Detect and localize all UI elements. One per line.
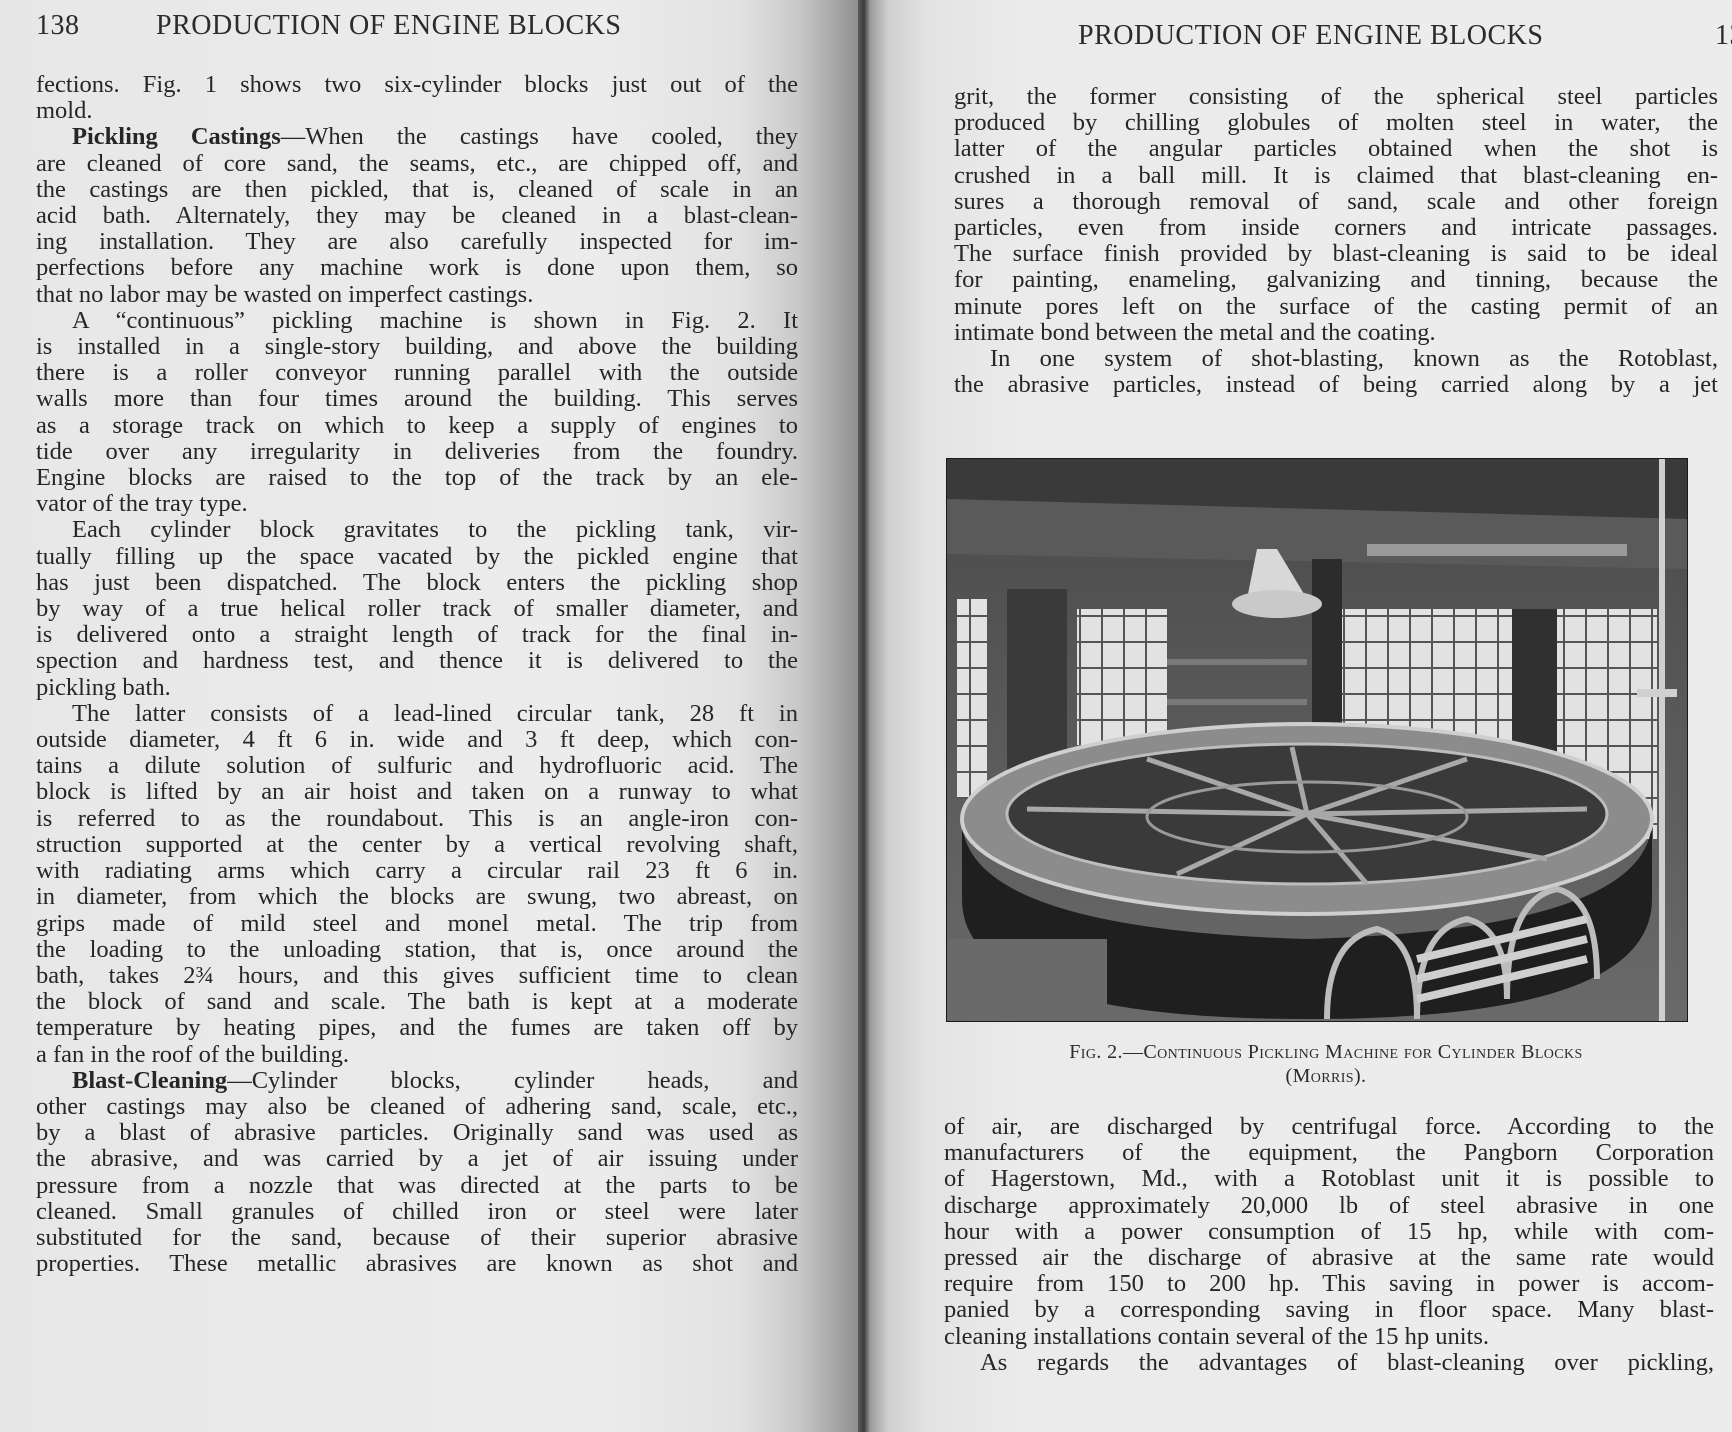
text-line: walls more than four times around the bu… bbox=[36, 386, 798, 412]
text-line: sures a thorough removal of sand, scale … bbox=[954, 189, 1718, 215]
running-head-left: 138 PRODUCTION OF ENGINE BLOCKS bbox=[36, 10, 796, 42]
text-line: perfections before any machine work is d… bbox=[36, 255, 798, 281]
text-line: substituted for the sand, because of the… bbox=[36, 1225, 798, 1251]
figure-caption: Fig. 2.—Continuous Pickling Machine for … bbox=[966, 1040, 1686, 1088]
line-text: that no labor may be wasted on imperfect… bbox=[36, 281, 533, 308]
text-line: the abrasive particles, instead of being… bbox=[954, 372, 1718, 398]
line-text: a fan in the roof of the building. bbox=[36, 1041, 349, 1068]
line-text: pickling bath. bbox=[36, 674, 171, 701]
text-line: vator of the tray type. bbox=[36, 491, 798, 517]
line-text: are cleaned of core sand, the seams, etc… bbox=[36, 150, 798, 177]
text-line: discharge approximately 20,000 lb of ste… bbox=[944, 1193, 1714, 1219]
line-text: grips made of mild steel and monel metal… bbox=[36, 910, 798, 937]
line-text: is delivered onto a straight length of t… bbox=[36, 621, 798, 648]
line-text: properties. These metallic abrasives are… bbox=[36, 1250, 798, 1277]
line-text: Engine blocks are raised to the top of t… bbox=[36, 464, 798, 491]
line-text: by way of a true helical roller track of… bbox=[36, 595, 798, 622]
line-text: intimate bond between the metal and the … bbox=[954, 319, 1436, 346]
body-text: fections. Fig. 1 shows two six-cylinder … bbox=[36, 72, 798, 1277]
body-text-bottom: of air, are discharged by centrifugal fo… bbox=[944, 1114, 1714, 1376]
text-line: intimate bond between the metal and the … bbox=[954, 320, 1718, 346]
text-line: by way of a true helical roller track of… bbox=[36, 596, 798, 622]
line-text: produced by chilling globules of molten … bbox=[954, 109, 1718, 136]
line-text: As regards the advantages of blast-clean… bbox=[980, 1349, 1714, 1376]
line-text: the block of sand and scale. The bath is… bbox=[36, 988, 798, 1015]
line-text: for painting, enameling, galvanizing and… bbox=[954, 266, 1718, 293]
text-line: has just been dispatched. The block ente… bbox=[36, 570, 798, 596]
text-line: hour with a power consumption of 15 hp, … bbox=[944, 1219, 1714, 1245]
line-text: cleaning installations contain several o… bbox=[944, 1323, 1489, 1350]
text-line: of Hagerstown, Md., with a Rotoblast uni… bbox=[944, 1166, 1714, 1192]
page-number: 139 bbox=[1715, 20, 1732, 52]
line-text: A “continuous” pickling machine is shown… bbox=[72, 307, 798, 334]
caption-line-2: (Morris). bbox=[966, 1064, 1686, 1088]
text-line: is delivered onto a straight length of t… bbox=[36, 622, 798, 648]
running-head-title: PRODUCTION OF ENGINE BLOCKS bbox=[1078, 20, 1635, 52]
text-line: of air, are discharged by centrifugal fo… bbox=[944, 1114, 1714, 1140]
line-text: hour with a power consumption of 15 hp, … bbox=[944, 1218, 1714, 1245]
line-text: The surface finish provided by blast-cle… bbox=[954, 240, 1718, 267]
text-line: that no labor may be wasted on imperfect… bbox=[36, 282, 798, 308]
section-heading: Blast-Cleaning bbox=[72, 1067, 227, 1094]
text-line: properties. These metallic abrasives are… bbox=[36, 1251, 798, 1277]
line-text: discharge approximately 20,000 lb of ste… bbox=[944, 1192, 1714, 1219]
line-text: in diameter, from which the blocks are s… bbox=[36, 883, 798, 910]
text-line: tains a dilute solution of sulfuric and … bbox=[36, 753, 798, 779]
line-text: pressed air the discharge of abrasive at… bbox=[944, 1244, 1714, 1271]
line-text: the abrasive particles, instead of being… bbox=[954, 371, 1718, 398]
text-line: crushed in a ball mill. It is claimed th… bbox=[954, 163, 1718, 189]
text-line: with radiating arms which carry a circul… bbox=[36, 858, 798, 884]
text-line: pressed air the discharge of abrasive at… bbox=[944, 1245, 1714, 1271]
line-text: mold. bbox=[36, 97, 93, 124]
line-text: ing installation. They are also carefull… bbox=[36, 228, 798, 255]
text-line: block is lifted by an air hoist and take… bbox=[36, 779, 798, 805]
caption-line-1: Fig. 2.—Continuous Pickling Machine for … bbox=[966, 1040, 1686, 1064]
text-line: for painting, enameling, galvanizing and… bbox=[954, 267, 1718, 293]
text-line: In one system of shot-blasting, known as… bbox=[954, 346, 1718, 372]
text-line: temperature by heating pipes, and the fu… bbox=[36, 1015, 798, 1041]
text-line: minute pores left on the surface of the … bbox=[954, 294, 1718, 320]
line-text: temperature by heating pipes, and the fu… bbox=[36, 1014, 798, 1041]
line-text: is referred to as the roundabout. This i… bbox=[36, 805, 798, 832]
left-page: 138 PRODUCTION OF ENGINE BLOCKS fections… bbox=[0, 0, 858, 1432]
running-head-right: PRODUCTION OF ENGINE BLOCKS 139 bbox=[1078, 20, 1732, 52]
line-text: bath, takes 2¾ hours, and this gives suf… bbox=[36, 962, 798, 989]
text-line: A “continuous” pickling machine is shown… bbox=[36, 308, 798, 334]
text-line: outside diameter, 4 ft 6 in. wide and 3 … bbox=[36, 727, 798, 753]
line-text: of Hagerstown, Md., with a Rotoblast uni… bbox=[944, 1165, 1714, 1192]
line-text: spection and hardness test, and thence i… bbox=[36, 647, 798, 674]
text-line: as a storage track on which to keep a su… bbox=[36, 413, 798, 439]
line-text: vator of the tray type. bbox=[36, 490, 248, 517]
line-text: perfections before any machine work is d… bbox=[36, 254, 798, 281]
line-text: outside diameter, 4 ft 6 in. wide and 3 … bbox=[36, 726, 798, 753]
text-line: are cleaned of core sand, the seams, etc… bbox=[36, 151, 798, 177]
line-text: panied by a corresponding saving in floo… bbox=[944, 1296, 1714, 1323]
book-spread: 138 PRODUCTION OF ENGINE BLOCKS fections… bbox=[0, 0, 1732, 1432]
line-text: cleaned. Small granules of chilled iron … bbox=[36, 1198, 798, 1225]
line-text: require from 150 to 200 hp. This saving … bbox=[944, 1270, 1714, 1297]
line-text: —When the castings have cooled, they bbox=[281, 123, 798, 150]
text-line: cleaned. Small granules of chilled iron … bbox=[36, 1199, 798, 1225]
line-text: is installed in a single-story building,… bbox=[36, 333, 798, 360]
running-head-title: PRODUCTION OF ENGINE BLOCKS bbox=[156, 10, 621, 42]
text-line: cleaning installations contain several o… bbox=[944, 1324, 1714, 1350]
text-line: manufacturers of the equipment, the Pang… bbox=[944, 1140, 1714, 1166]
line-text: Each cylinder block gravitates to the pi… bbox=[72, 516, 798, 543]
line-text: tains a dilute solution of sulfuric and … bbox=[36, 752, 798, 779]
line-text: crushed in a ball mill. It is claimed th… bbox=[954, 162, 1718, 189]
line-text: block is lifted by an air hoist and take… bbox=[36, 778, 798, 805]
line-text: particles, even from inside corners and … bbox=[954, 214, 1718, 241]
line-text: the castings are then pickled, that is, … bbox=[36, 176, 798, 203]
text-line: grips made of mild steel and monel metal… bbox=[36, 911, 798, 937]
line-text: pressure from a nozzle that was directed… bbox=[36, 1172, 798, 1199]
text-line: tide over any irregularity in deliveries… bbox=[36, 439, 798, 465]
text-line: Engine blocks are raised to the top of t… bbox=[36, 465, 798, 491]
section-heading: Pickling Castings bbox=[72, 123, 281, 150]
line-text: sures a thorough removal of sand, scale … bbox=[954, 188, 1718, 215]
pickling-machine-photo-icon bbox=[947, 459, 1687, 1021]
text-line: The surface finish provided by blast-cle… bbox=[954, 241, 1718, 267]
text-line: Blast-Cleaning—Cylinder blocks, cylinder… bbox=[36, 1068, 798, 1094]
text-line: is referred to as the roundabout. This i… bbox=[36, 806, 798, 832]
text-line: by a blast of abrasive particles. Origin… bbox=[36, 1120, 798, 1146]
text-line: Pickling Castings—When the castings have… bbox=[36, 124, 798, 150]
line-text: other castings may also be cleaned of ad… bbox=[36, 1093, 798, 1120]
text-line: the block of sand and scale. The bath is… bbox=[36, 989, 798, 1015]
line-text: of air, are discharged by centrifugal fo… bbox=[944, 1113, 1714, 1140]
line-text: struction supported at the center by a v… bbox=[36, 831, 798, 858]
line-text: grit, the former consisting of the spher… bbox=[954, 83, 1718, 110]
line-text: —Cylinder blocks, cylinder heads, and bbox=[227, 1067, 798, 1094]
line-text: substituted for the sand, because of the… bbox=[36, 1224, 798, 1251]
text-line: the castings are then pickled, that is, … bbox=[36, 177, 798, 203]
text-line: ing installation. They are also carefull… bbox=[36, 229, 798, 255]
text-line: The latter consists of a lead-lined circ… bbox=[36, 701, 798, 727]
line-text: fections. Fig. 1 shows two six-cylinder … bbox=[36, 71, 798, 98]
line-text: The latter consists of a lead-lined circ… bbox=[72, 700, 798, 727]
text-line: bath, takes 2¾ hours, and this gives suf… bbox=[36, 963, 798, 989]
text-line: particles, even from inside corners and … bbox=[954, 215, 1718, 241]
text-line: struction supported at the center by a v… bbox=[36, 832, 798, 858]
line-text: as a storage track on which to keep a su… bbox=[36, 412, 798, 439]
text-line: grit, the former consisting of the spher… bbox=[954, 84, 1718, 110]
text-line: As regards the advantages of blast-clean… bbox=[944, 1350, 1714, 1376]
text-line: fections. Fig. 1 shows two six-cylinder … bbox=[36, 72, 798, 98]
line-text: there is a roller conveyor running paral… bbox=[36, 359, 798, 386]
text-line: other castings may also be cleaned of ad… bbox=[36, 1094, 798, 1120]
line-text: minute pores left on the surface of the … bbox=[954, 293, 1718, 320]
text-line: acid bath. Alternately, they may be clea… bbox=[36, 203, 798, 229]
text-line: the loading to the unloading station, th… bbox=[36, 937, 798, 963]
line-text: manufacturers of the equipment, the Pang… bbox=[944, 1139, 1714, 1166]
text-line: there is a roller conveyor running paral… bbox=[36, 360, 798, 386]
text-line: the abrasive, and was carried by a jet o… bbox=[36, 1146, 798, 1172]
line-text: has just been dispatched. The block ente… bbox=[36, 569, 798, 596]
text-line: latter of the angular particles obtained… bbox=[954, 136, 1718, 162]
text-line: mold. bbox=[36, 98, 798, 124]
text-line: pickling bath. bbox=[36, 675, 798, 701]
line-text: tually filling up the space vacated by t… bbox=[36, 543, 798, 570]
text-line: in diameter, from which the blocks are s… bbox=[36, 884, 798, 910]
page-number: 138 bbox=[36, 10, 156, 42]
text-line: pressure from a nozzle that was directed… bbox=[36, 1173, 798, 1199]
text-line: produced by chilling globules of molten … bbox=[954, 110, 1718, 136]
text-line: require from 150 to 200 hp. This saving … bbox=[944, 1271, 1714, 1297]
line-text: walls more than four times around the bu… bbox=[36, 385, 798, 412]
text-line: Each cylinder block gravitates to the pi… bbox=[36, 517, 798, 543]
text-line: is installed in a single-story building,… bbox=[36, 334, 798, 360]
line-text: the loading to the unloading station, th… bbox=[36, 936, 798, 963]
line-text: acid bath. Alternately, they may be clea… bbox=[36, 202, 798, 229]
line-text: In one system of shot-blasting, known as… bbox=[990, 345, 1718, 372]
text-line: a fan in the roof of the building. bbox=[36, 1042, 798, 1068]
line-text: latter of the angular particles obtained… bbox=[954, 135, 1718, 162]
line-text: tide over any irregularity in deliveries… bbox=[36, 438, 798, 465]
line-text: the abrasive, and was carried by a jet o… bbox=[36, 1145, 798, 1172]
line-text: by a blast of abrasive particles. Origin… bbox=[36, 1119, 798, 1146]
figure-photograph bbox=[946, 458, 1688, 1022]
text-line: spection and hardness test, and thence i… bbox=[36, 648, 798, 674]
text-line: panied by a corresponding saving in floo… bbox=[944, 1297, 1714, 1323]
text-line: tually filling up the space vacated by t… bbox=[36, 544, 798, 570]
line-text: with radiating arms which carry a circul… bbox=[36, 857, 798, 884]
body-text-top: grit, the former consisting of the spher… bbox=[954, 84, 1718, 398]
